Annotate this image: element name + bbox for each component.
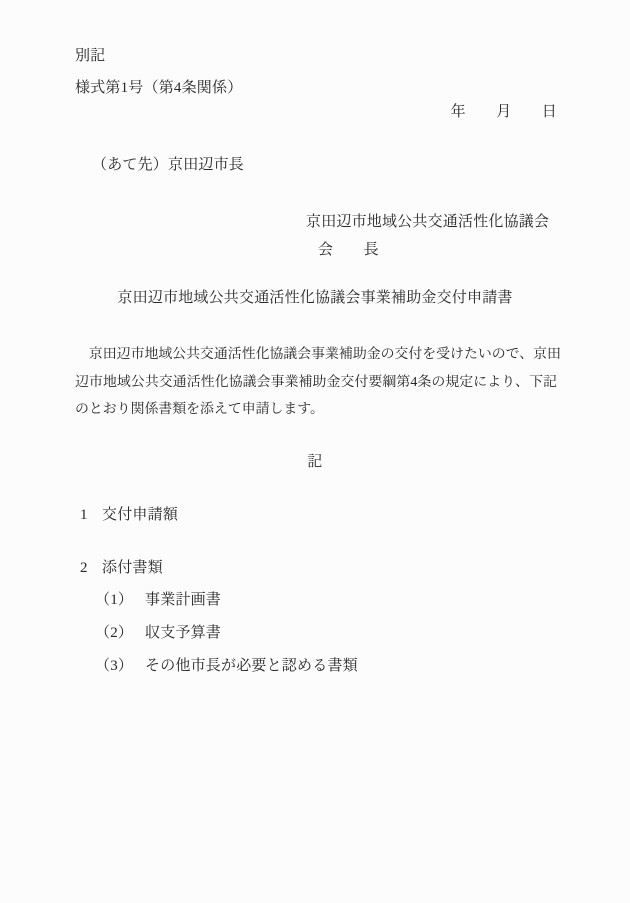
body-line: 京田辺市地域公共交通活性化協議会事業補助金の交付を受けたいので、京田 [75, 341, 557, 369]
body-line: のとおり関係書類を添えて申請します。 [75, 396, 557, 424]
attachment-number: （2） [95, 625, 145, 641]
annotation-bekki: 別記 [75, 48, 105, 64]
addressee: （あて先）京田辺市長 [92, 157, 244, 173]
document-title: 京田辺市地域公共交通活性化協議会事業補助金交付申請書 [0, 290, 630, 306]
item-number: 1 [80, 507, 102, 523]
body-paragraph: 京田辺市地域公共交通活性化協議会事業補助金の交付を受けたいので、京田 辺市地域公… [75, 341, 557, 424]
item-number: 2 [80, 560, 102, 576]
form-number: 様式第1号（第4条関係） [75, 80, 242, 96]
attachment-item-3: （3）その他市長が必要と認める書類 [95, 658, 358, 674]
item-label: 交付申請額 [102, 507, 178, 523]
date-line: 年 月 日 [75, 104, 557, 120]
sender-organization: 京田辺市地域公共交通活性化協議会 [306, 214, 549, 230]
document-page: 別記 様式第1号（第4条関係） 年 月 日 （あて先）京田辺市長 京田辺市地域公… [0, 0, 630, 903]
attachment-number: （3） [95, 658, 145, 674]
list-item-attached-documents: 2添付書類 [80, 560, 163, 576]
attachment-label: 収支予算書 [145, 625, 221, 641]
list-item-grant-amount: 1交付申請額 [80, 507, 178, 523]
body-line: 辺市地域公共交通活性化協議会事業補助金交付要綱第4条の規定により、下記 [75, 369, 557, 397]
item-label: 添付書類 [102, 560, 163, 576]
record-marker: 記 [0, 454, 630, 470]
attachment-item-2: （2）収支予算書 [95, 625, 221, 641]
attachment-item-1: （1）事業計画書 [95, 592, 221, 608]
attachment-label: 事業計画書 [145, 592, 221, 608]
sender-role: 会 長 [318, 242, 379, 258]
attachment-label: その他市長が必要と認める書類 [145, 658, 358, 674]
attachment-number: （1） [95, 592, 145, 608]
